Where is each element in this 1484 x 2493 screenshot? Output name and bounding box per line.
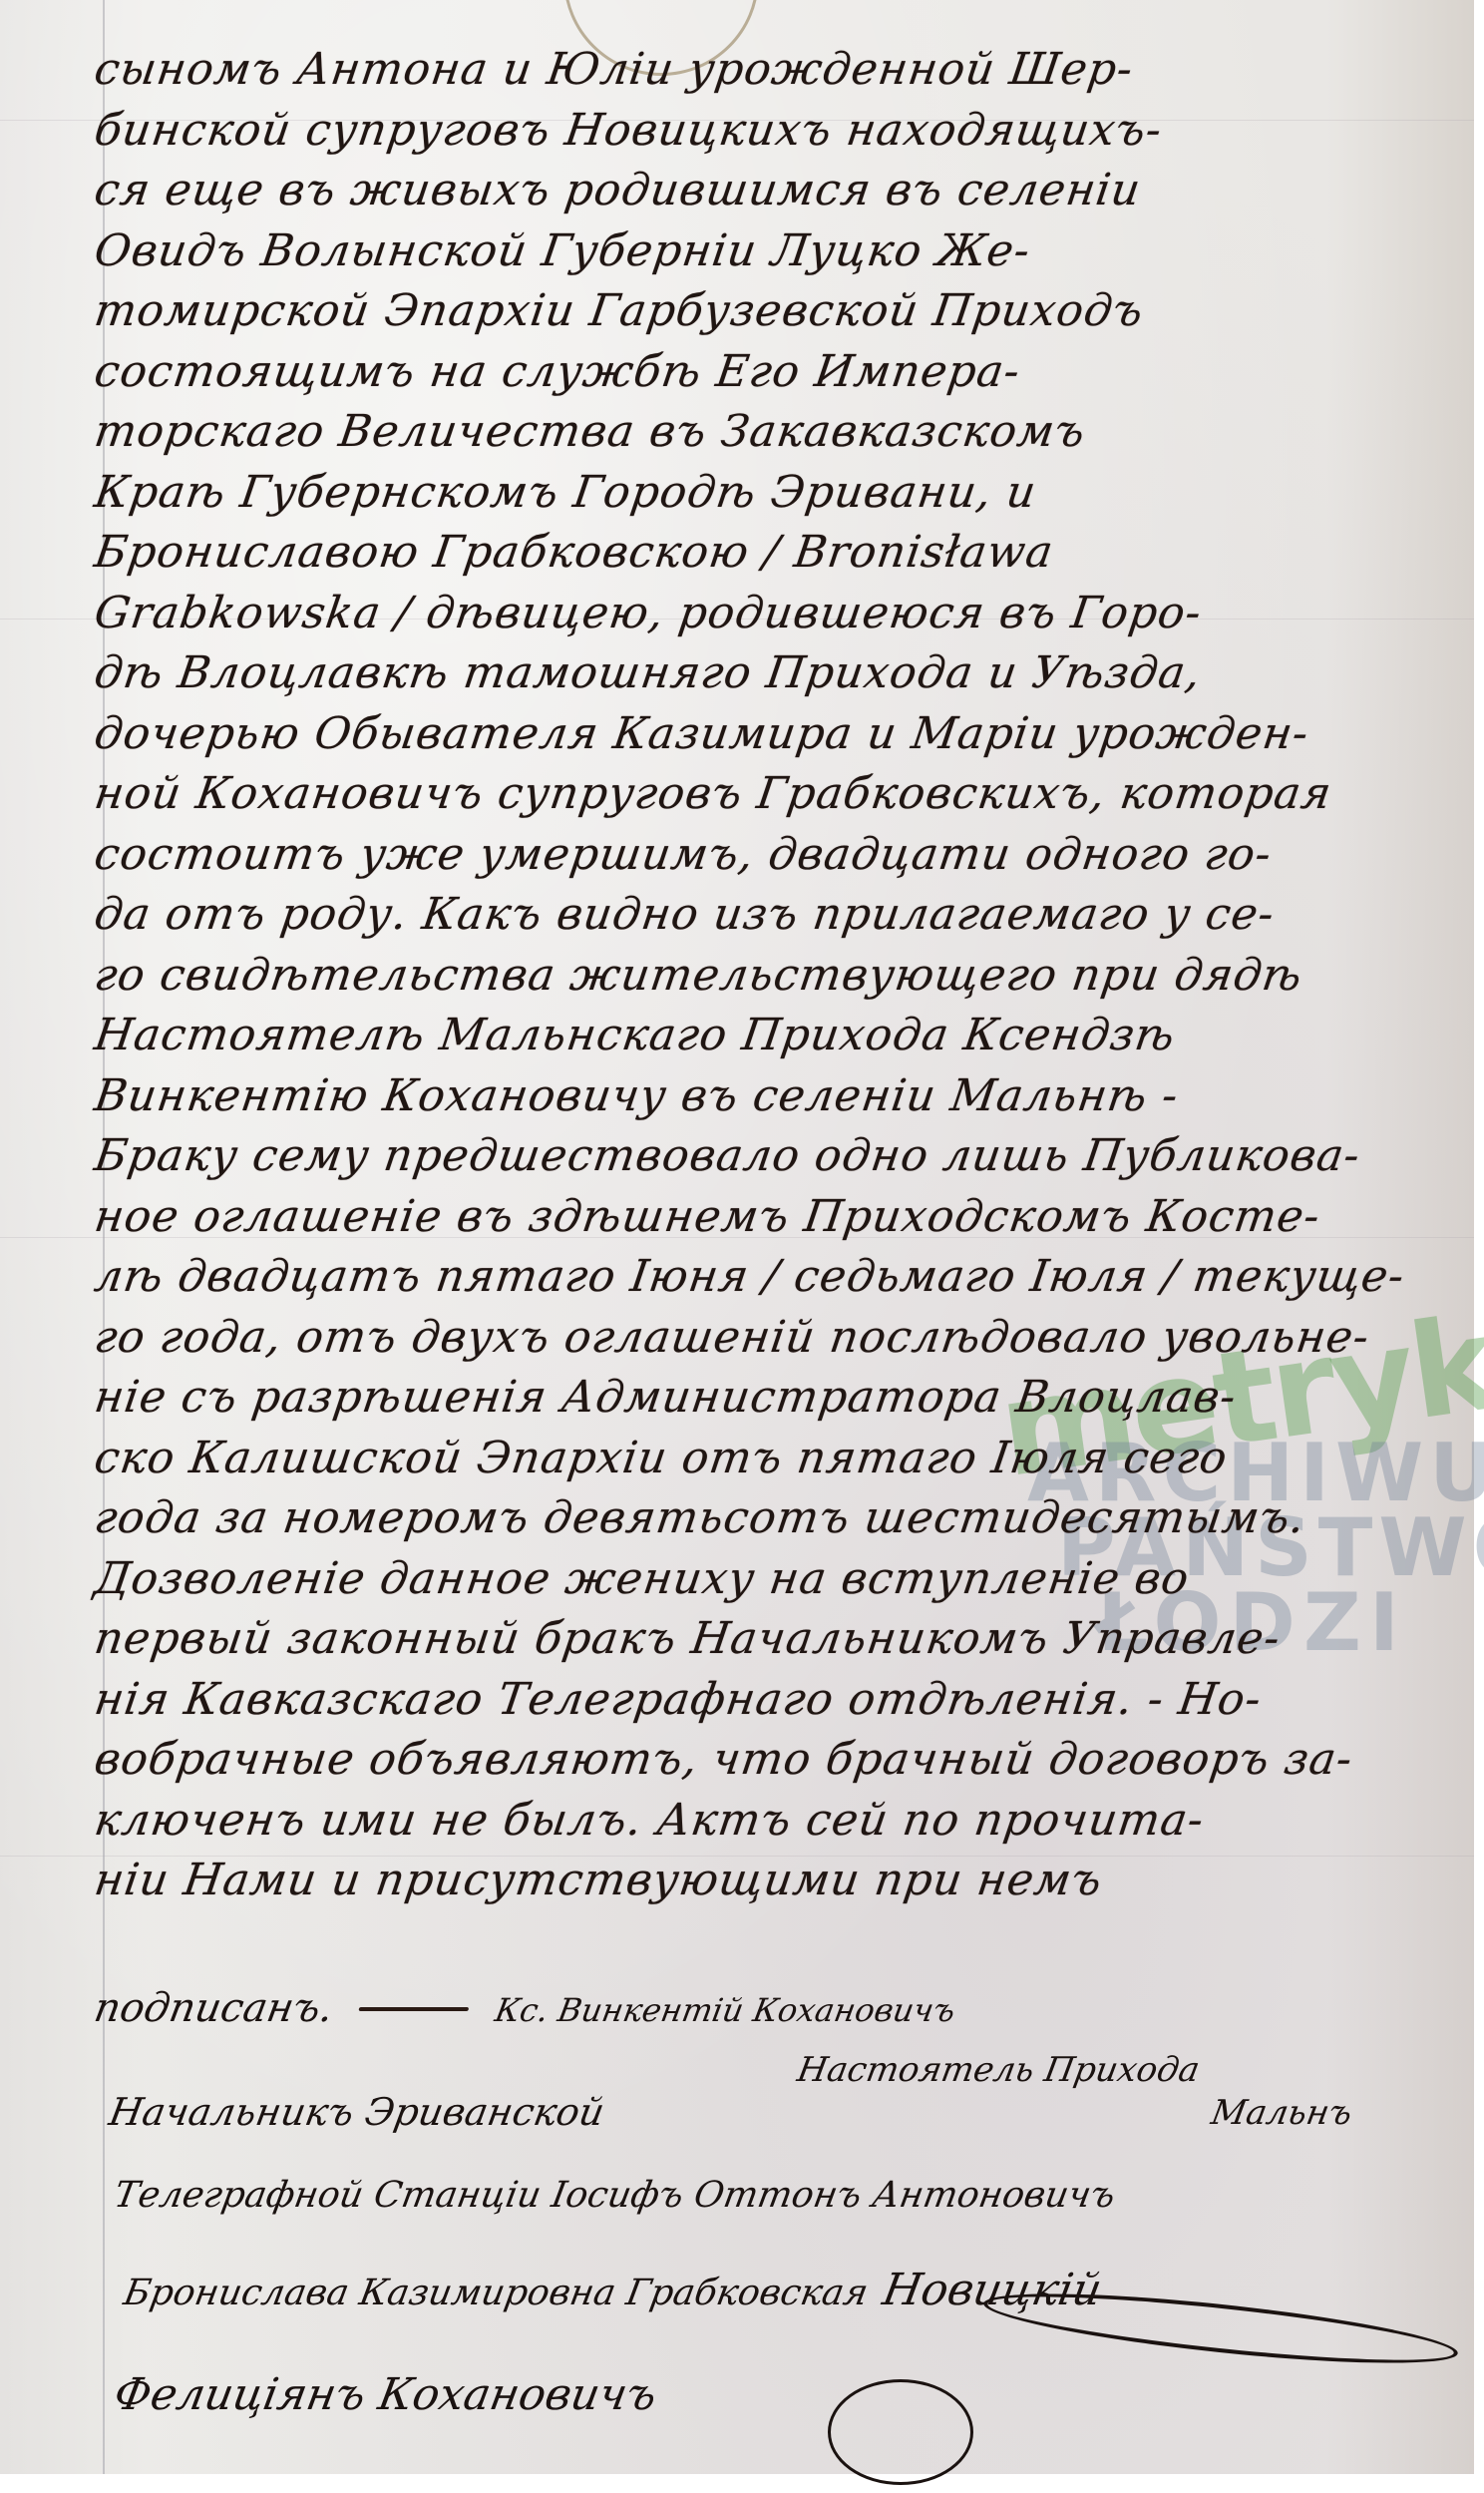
text-line: торскаго Величества въ Закавказскомъ <box>91 402 1476 463</box>
text-line: го свидѣтельства жительствующего при дяд… <box>91 946 1476 1007</box>
text-line: нiи Нами и присутствующими при немъ <box>91 1851 1476 1911</box>
text-line: Дозволенiе данное жениху на вступленiе в… <box>91 1549 1476 1610</box>
text-line: ное оглашенiе въ здѣшнемъ Приходскомъ Ко… <box>91 1187 1476 1248</box>
text-line: Grabkowska / дѣвицею, родившеюся въ Горо… <box>91 584 1476 644</box>
signature-flourish <box>828 2379 973 2485</box>
text-line: Браку сему предшествовало одно лишь Публ… <box>91 1126 1476 1187</box>
signature-official-name: Телеграфной Станцiи Iосифъ Оттонъ Антоно… <box>111 2175 1118 2216</box>
signature-priest: Кс. Винкентiй Кохановичъ <box>492 1991 957 2029</box>
text-line: Брониславою Грабковскою / Bronisława <box>91 523 1476 584</box>
text-line: дочерью Обывателя Казимира и Марiи урожд… <box>91 704 1476 765</box>
text-line: нiе съ разрѣшенiя Администратора Влоцлав… <box>91 1368 1476 1429</box>
text-line: томирской Эпархiи Гарбузевской Приходъ <box>91 281 1476 342</box>
text-line: года за номеромъ девятьсотъ шестидесятым… <box>91 1488 1476 1549</box>
signature-bride-name: Бронислава Казимировна Грабковская <box>121 2273 872 2313</box>
signature-flourish <box>981 2280 1460 2377</box>
text-line: да отъ роду. Какъ видно изъ прилагаемаго… <box>91 885 1476 946</box>
text-line: лѣ двадцатъ пятаго Iюня / седьмаго Iюля … <box>91 1247 1476 1308</box>
record-body: сыномъ Антона и Юлiи урожденной Шер- бин… <box>95 40 1471 1911</box>
pen-dash <box>359 2007 470 2011</box>
text-line: ско Калишской Эпархiи отъ пятаго Iюля се… <box>91 1429 1476 1489</box>
text-line: ся еще въ живыхъ родившимся въ селенiи <box>91 161 1476 221</box>
text-line: ной Кохановичъ супруговъ Грабковскихъ, к… <box>91 764 1476 825</box>
text-line: го года, отъ двухъ оглашенiй послѣдовало… <box>91 1308 1476 1369</box>
text-line: вобрачные объявляютъ, что брачный догово… <box>91 1730 1476 1791</box>
text-line: Настоятелѣ Мальнскаго Прихода Ксендзѣ <box>91 1006 1476 1066</box>
signature-bride: Бронислава Казимировна Грабковская Новиц… <box>121 2265 1106 2315</box>
text-line: состоящимъ на службѣ Его Импера- <box>91 342 1476 403</box>
text-line: Винкентiю Кохановичу въ селенiи Мальнѣ - <box>91 1066 1476 1127</box>
text-line: Краѣ Губернскомъ Городѣ Эривани, и <box>91 463 1476 524</box>
text-line: Овидъ Волынской Губернiи Луцко Же- <box>91 221 1476 282</box>
text-line: ключенъ ими не былъ. Актъ сей по прочита… <box>91 1791 1476 1852</box>
closing-word: подписанъ. Кс. Винкентiй Кохановичъ <box>91 1985 959 2031</box>
text-line: сыномъ Антона и Юлiи урожденной Шер- <box>91 40 1476 101</box>
closing-word-text: подписанъ. <box>91 1985 337 2031</box>
signature-official-title: Начальникъ Эриванской <box>106 2090 607 2134</box>
text-line: бинской супруговъ Новицкихъ находящихъ- <box>91 101 1476 162</box>
signature-priest-title: Настоятель Прихода <box>794 2050 1202 2090</box>
text-line: нiя Кавказскаго Телеграфнаго отдѣленiя. … <box>91 1670 1476 1731</box>
signature-witness: Фелицiянъ Кохановичъ <box>111 2369 661 2420</box>
text-line: состоитъ уже умершимъ, двадцати одного г… <box>91 825 1476 886</box>
text-line: дѣ Влоцлавкѣ тамошняго Прихода и Уѣзда, <box>91 643 1476 704</box>
text-line: первый законный бракъ Начальникомъ Управ… <box>91 1609 1476 1670</box>
signature-priest-parish: Мальнъ <box>1208 2093 1354 2133</box>
document-page: metryki.gen ARCHIWUM PAŃSTWO ŁODZI сыном… <box>0 0 1474 2474</box>
